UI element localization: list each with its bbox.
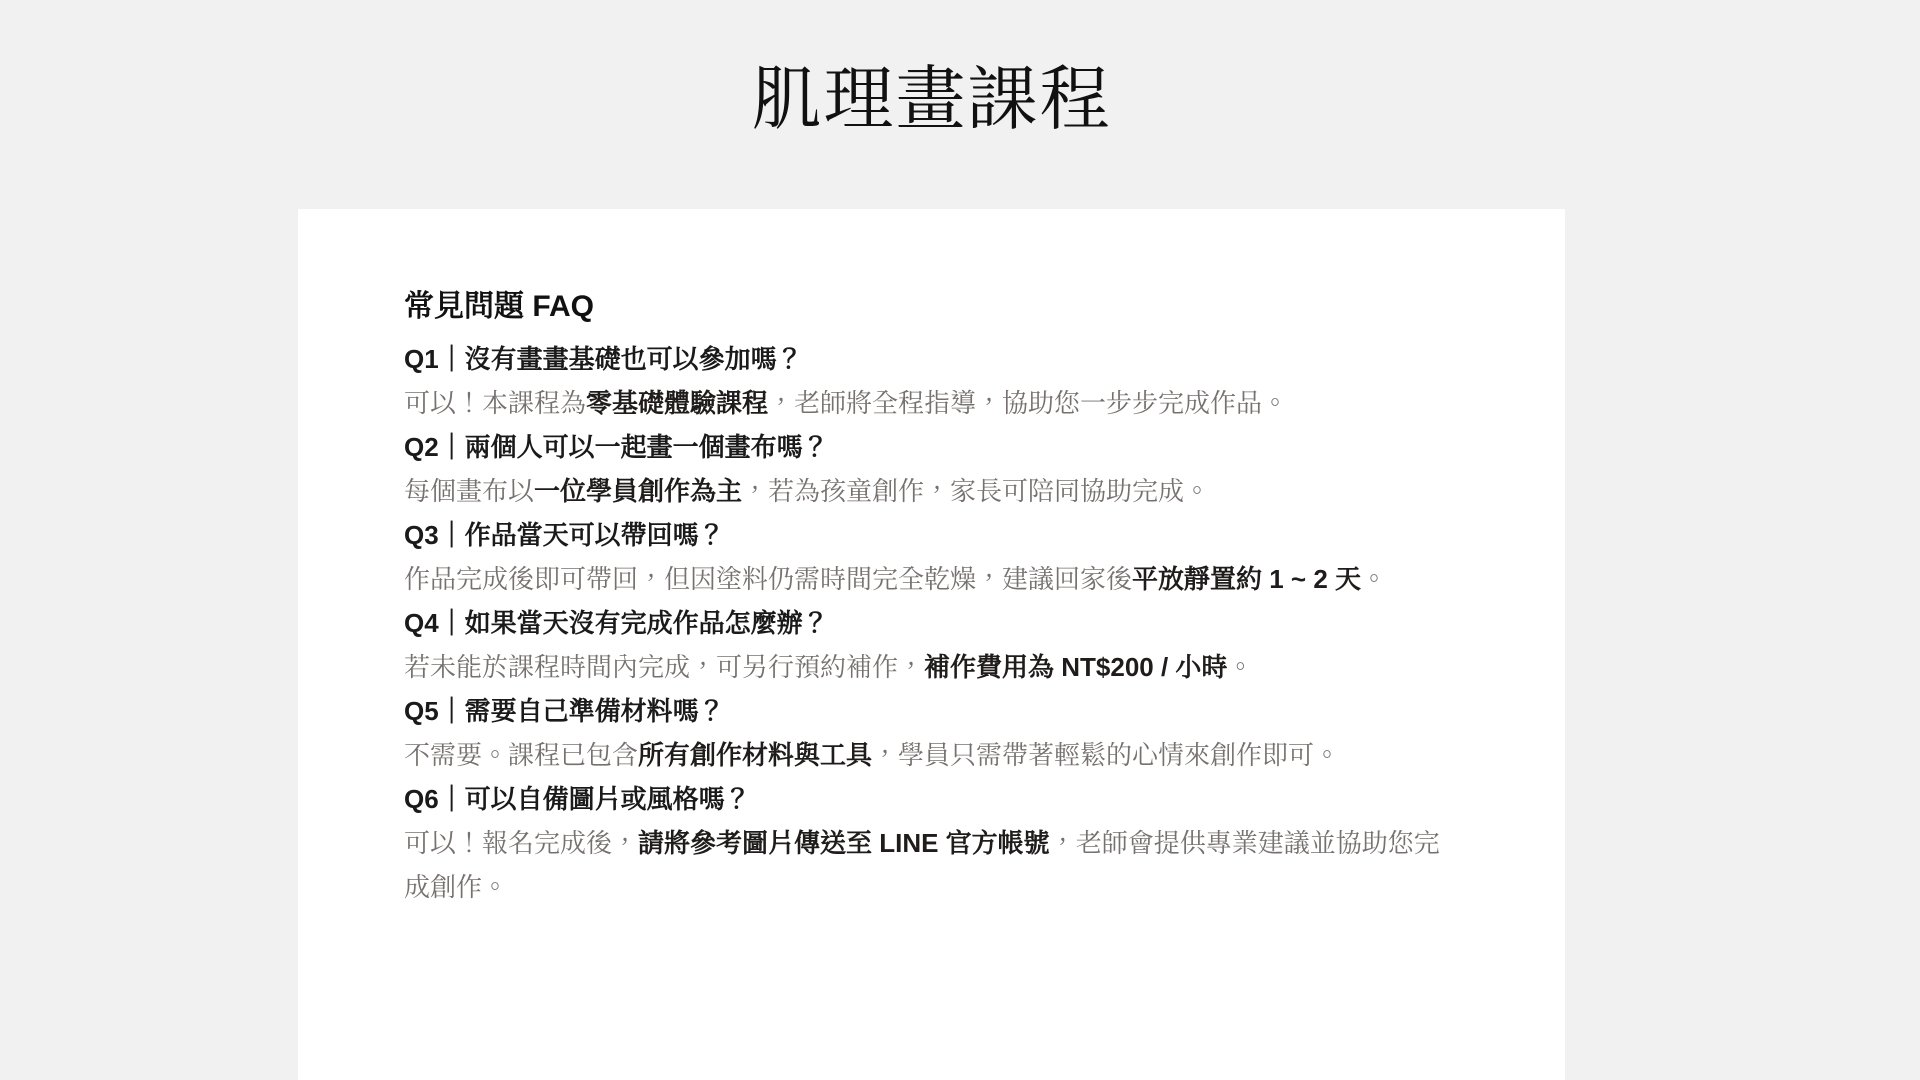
- answer-text: 。: [1361, 564, 1387, 594]
- answer-text: 。: [1227, 652, 1253, 682]
- faq-item: Q1｜沒有畫畫基礎也可以參加嗎？ 可以！本課程為零基礎體驗課程，老師將全程指導，…: [404, 337, 1465, 425]
- faq-question: Q3｜作品當天可以帶回嗎？: [404, 513, 1465, 557]
- answer-text: 可以！報名完成後，: [404, 828, 638, 858]
- answer-text: 作品完成後即可帶回，但因塗料仍需時間完全乾燥，建議回家後: [404, 564, 1132, 594]
- answer-text: 不需要。課程已包含: [404, 740, 638, 770]
- faq-item: Q6｜可以自備圖片或風格嗎？ 可以！報名完成後，請將參考圖片傳送至 LINE 官…: [404, 777, 1465, 909]
- faq-question: Q1｜沒有畫畫基礎也可以參加嗎？: [404, 337, 1465, 381]
- faq-answer: 若未能於課程時間內完成，可另行預約補作，補作費用為 NT$200 / 小時。: [404, 645, 1465, 689]
- faq-answer: 每個畫布以一位學員創作為主，若為孩童創作，家長可陪同協助完成。: [404, 469, 1465, 513]
- faq-answer: 不需要。課程已包含所有創作材料與工具，學員只需帶著輕鬆的心情來創作即可。: [404, 733, 1465, 777]
- faq-answer: 可以！報名完成後，請將參考圖片傳送至 LINE 官方帳號，老師會提供專業建議並協…: [404, 821, 1465, 909]
- answer-highlight: 零基礎體驗課程: [586, 388, 768, 418]
- faq-question: Q2｜兩個人可以一起畫一個畫布嗎？: [404, 425, 1465, 469]
- faq-question: Q5｜需要自己準備材料嗎？: [404, 689, 1465, 733]
- faq-answer: 可以！本課程為零基礎體驗課程，老師將全程指導，協助您一步步完成作品。: [404, 381, 1465, 425]
- page-title: 肌理畫課程: [298, 0, 1565, 146]
- answer-highlight: 一位學員創作為主: [534, 476, 742, 506]
- answer-highlight: 平放靜置約 1 ~ 2 天: [1132, 564, 1361, 594]
- page-wrapper: 肌理畫課程 常見問題 FAQ Q1｜沒有畫畫基礎也可以參加嗎？ 可以！本課程為零…: [298, 0, 1565, 1080]
- answer-text: 若未能於課程時間內完成，可另行預約補作，: [404, 652, 924, 682]
- faq-item: Q3｜作品當天可以帶回嗎？ 作品完成後即可帶回，但因塗料仍需時間完全乾燥，建議回…: [404, 513, 1465, 601]
- answer-text: 每個畫布以: [404, 476, 534, 506]
- faq-answer: 作品完成後即可帶回，但因塗料仍需時間完全乾燥，建議回家後平放靜置約 1 ~ 2 …: [404, 557, 1465, 601]
- faq-item: Q2｜兩個人可以一起畫一個畫布嗎？ 每個畫布以一位學員創作為主，若為孩童創作，家…: [404, 425, 1465, 513]
- answer-highlight: 所有創作材料與工具: [638, 740, 872, 770]
- answer-text: ，老師將全程指導，協助您一步步完成作品。: [768, 388, 1288, 418]
- faq-card: 常見問題 FAQ Q1｜沒有畫畫基礎也可以參加嗎？ 可以！本課程為零基礎體驗課程…: [298, 209, 1565, 1080]
- answer-text: ，若為孩童創作，家長可陪同協助完成。: [742, 476, 1210, 506]
- faq-list: Q1｜沒有畫畫基礎也可以參加嗎？ 可以！本課程為零基礎體驗課程，老師將全程指導，…: [404, 337, 1465, 909]
- faq-item: Q5｜需要自己準備材料嗎？ 不需要。課程已包含所有創作材料與工具，學員只需帶著輕…: [404, 689, 1465, 777]
- faq-item: Q4｜如果當天沒有完成作品怎麼辦？ 若未能於課程時間內完成，可另行預約補作，補作…: [404, 601, 1465, 689]
- faq-question: Q6｜可以自備圖片或風格嗎？: [404, 777, 1465, 821]
- answer-highlight: 補作費用為 NT$200 / 小時: [924, 652, 1227, 682]
- answer-text: 可以！本課程為: [404, 388, 586, 418]
- faq-heading: 常見問題 FAQ: [404, 287, 1465, 327]
- answer-text: ，學員只需帶著輕鬆的心情來創作即可。: [872, 740, 1340, 770]
- answer-highlight: 請將參考圖片傳送至 LINE 官方帳號: [638, 828, 1050, 858]
- faq-question: Q4｜如果當天沒有完成作品怎麼辦？: [404, 601, 1465, 645]
